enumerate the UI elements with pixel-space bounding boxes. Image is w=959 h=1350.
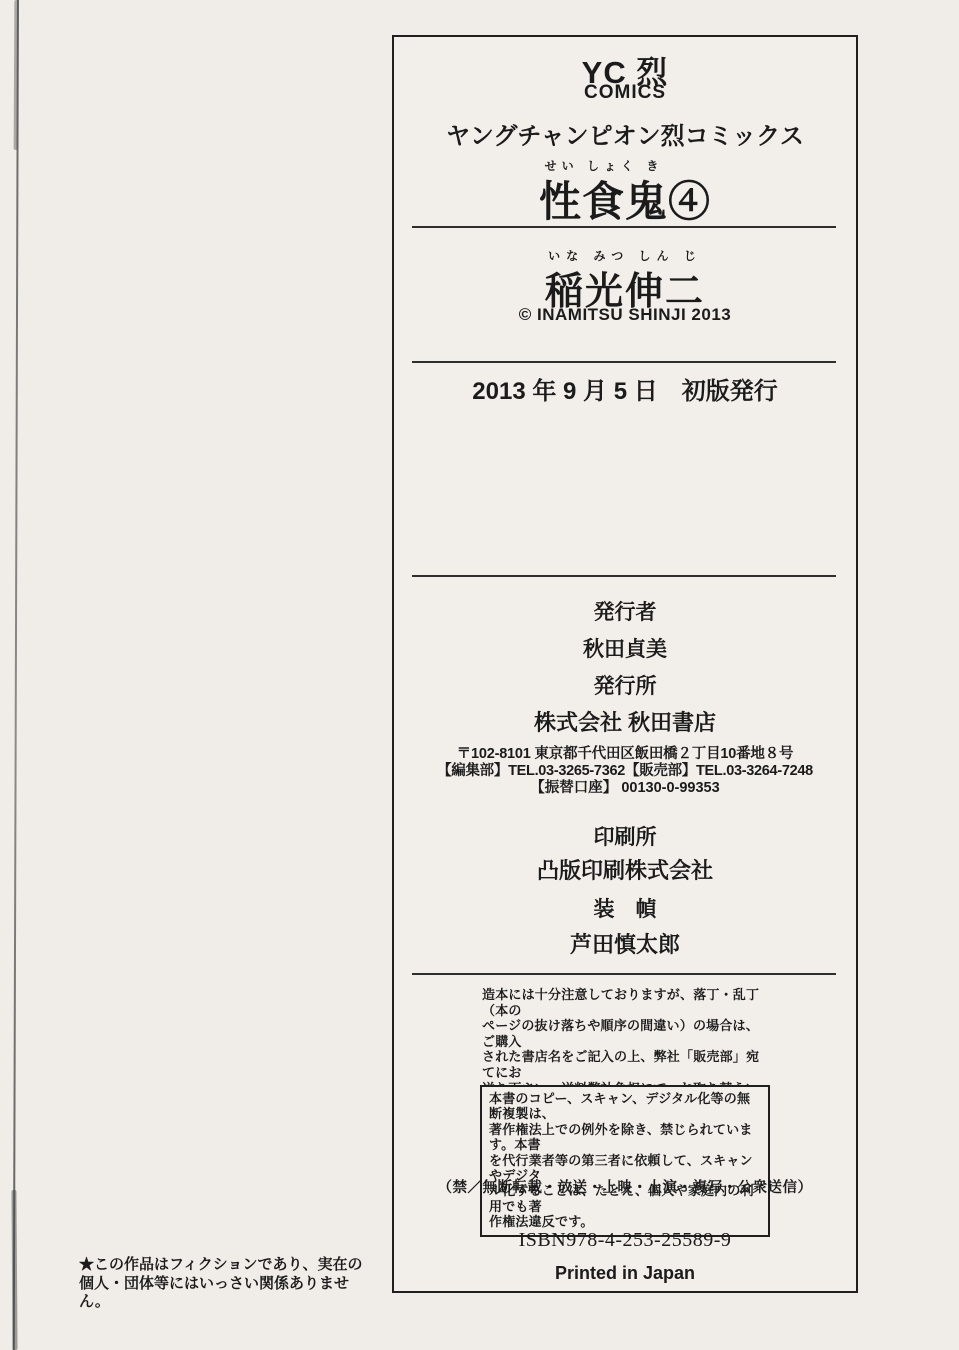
postal-transfer-account: 【振替口座】 00130-0-99353: [394, 776, 856, 797]
divider-publisher: [412, 575, 836, 577]
scanned-colophon-page: YC 烈 COMICS ヤングチャンピオン烈コミックス せい しょく き 性食鬼…: [0, 0, 959, 1350]
isbn-number: ISBN978-4-253-25589-9: [394, 1229, 856, 1252]
issuer-name: 秋田貞美: [394, 633, 856, 663]
binding-designer-name: 芦田慎太郎: [394, 928, 856, 959]
imprint-line: ヤングチャンピオン烈コミックス: [394, 116, 856, 151]
book-title: 性食鬼④: [394, 169, 856, 229]
binding-design-label: 装 幀: [394, 893, 856, 923]
issuer-label: 発行者: [394, 596, 856, 626]
printer-label: 印刷所: [394, 821, 856, 851]
fiction-disclaimer: ★この作品はフィクションであり、実在の 個人・団体等にはいっさい関係ありません。: [79, 1256, 379, 1312]
scan-smudge-bottom: [11, 1190, 17, 1350]
printed-in-japan: Printed in Japan: [394, 1263, 856, 1284]
publishing-office-name: 株式会社 秋田書店: [394, 706, 856, 737]
prohibition-line: （禁／無断転載・放送・上映・上演・複写・公衆送信）: [394, 1176, 856, 1197]
copyright-prohibition-box: 本書のコピー、スキャン、デジタル化等の無断複製は、 著作権法上での例外を除き、禁…: [480, 1085, 770, 1237]
scan-edge-line: [13, 0, 19, 1350]
copyright-line: © INAMITSU SHINJI 2013: [394, 305, 856, 325]
divider-title: [412, 226, 836, 228]
divider-notices: [412, 973, 836, 975]
colophon-box: YC 烈 COMICS ヤングチャンピオン烈コミックス せい しょく き 性食鬼…: [392, 35, 858, 1293]
printer-name: 凸版印刷株式会社: [394, 854, 856, 885]
publishing-office-label: 発行所: [394, 670, 856, 700]
divider-author: [412, 361, 836, 363]
edition-date: 2013 年 9 月 5 日 初版発行: [394, 371, 856, 406]
publisher-logo-comics: COMICS: [394, 82, 856, 104]
scan-smudge-top: [14, 0, 19, 150]
